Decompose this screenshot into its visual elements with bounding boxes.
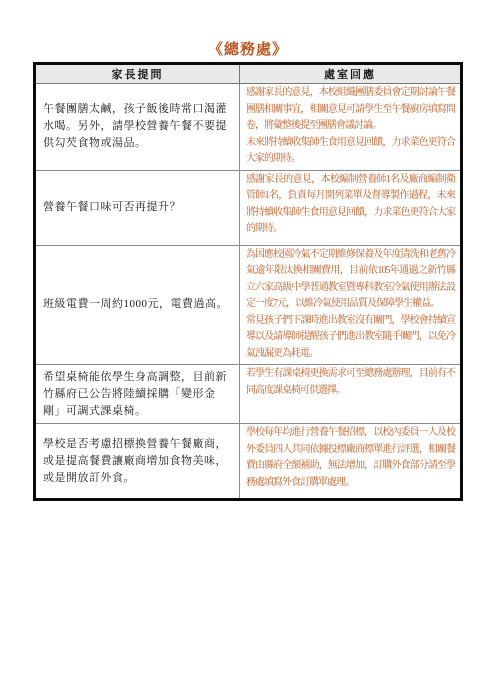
- table-row: 午餐團膳太鹹，孩子飯後時常口渴灌水喝。另外，請學校營養午餐不要提供勾芡食物或湯品…: [35, 84, 462, 171]
- question-cell: 營養午餐口味可否再提升？: [35, 170, 240, 245]
- qa-table: 家長提問 處室回應 午餐團膳太鹹，孩子飯後時常口渴灌水喝。另外，請學校營養午餐不…: [33, 62, 463, 501]
- answer-cell: 學校每年均進行營養午餐招標，以校內委員一人及校外委員四人共同依據投標廠商標單進行…: [239, 424, 461, 500]
- answer-cell: 若學生有課桌椅更換需求可至總務處辦理，目前有不同高度課桌椅可供選擇。: [239, 365, 461, 424]
- document-page: 《總務處》 家長提問 處室回應 午餐團膳太鹹，孩子飯後時常口渴灌水喝。另外，請學…: [0, 0, 495, 700]
- table-row: 學校是否考慮招標換營養午餐廠商，或是提高餐費讓廠商增加食物美味，或是開放訂外食。…: [35, 424, 462, 500]
- table-row: 班級電費一周約1000元，電費過高。 為因應校園冷氣不定期維修保養及年度清洗和老…: [35, 245, 462, 365]
- question-cell: 學校是否考慮招標換營養午餐廠商，或是提高餐費讓廠商增加食物美味，或是開放訂外食。: [35, 424, 240, 500]
- answer-cell: 感謝家長的意見，本校編制營養師1名及廠商編制衛管師1名，負責每月開列菜單及督導製…: [239, 170, 461, 245]
- question-cell: 午餐團膳太鹹，孩子飯後時常口渴灌水喝。另外，請學校營養午餐不要提供勾芡食物或湯品…: [35, 84, 240, 171]
- column-header-question: 家長提問: [35, 64, 240, 84]
- table-row: 希望桌椅能依學生身高調整，目前新竹縣府已公告將陸續採購「變形金剛」可調式課桌椅。…: [35, 365, 462, 424]
- answer-cell: 為因應校園冷氣不定期維修保養及年度清洗和老舊冷氣逾年限汰換相關費用，目前依105…: [239, 245, 461, 365]
- table-row: 營養午餐口味可否再提升？ 感謝家長的意見，本校編制營養師1名及廠商編制衛管師1名…: [35, 170, 462, 245]
- question-cell: 班級電費一周約1000元，電費過高。: [35, 245, 240, 365]
- column-header-answer: 處室回應: [239, 64, 461, 84]
- answer-cell: 感謝家長的意見，本校組織團膳委員會定期討論午餐團膳相關事宜，相關意見可請學生至午…: [239, 84, 461, 171]
- question-cell: 希望桌椅能依學生身高調整，目前新竹縣府已公告將陸續採購「變形金剛」可調式課桌椅。: [35, 365, 240, 424]
- table-header-row: 家長提問 處室回應: [35, 64, 462, 84]
- page-title: 《總務處》: [33, 38, 463, 59]
